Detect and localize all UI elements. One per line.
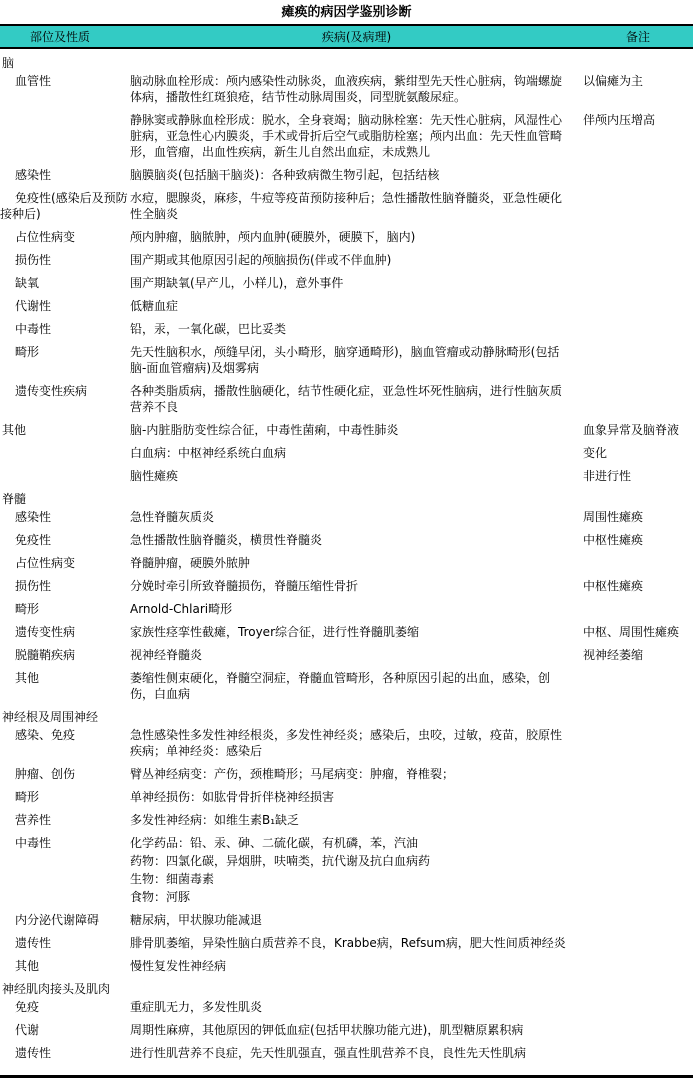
- row-disease: 先天性脑积水，颅缝早闭，头小畸形，脑穿通畸形)，脑血管瘤或动静脉畸形(包括脑-面…: [130, 344, 583, 376]
- row-disease: 颅内肿瘤，脑脓肿，颅内血肿(硬膜外，硬膜下，脑内): [130, 229, 583, 245]
- row-disease: 糖尿病，甲状腺功能减退: [130, 912, 583, 928]
- row-note: [583, 999, 693, 1015]
- row-label: 营养性: [0, 812, 130, 828]
- row-note: [583, 1022, 693, 1038]
- table-row: 其他慢性复发性神经病: [0, 958, 693, 974]
- row-disease: 化学药品：铅、汞、砷、二硫化碳，有机磷，苯，汽油: [130, 835, 583, 851]
- row-disease: 腓骨肌萎缩，异染性脑白质营养不良，Krabbe病，Refsum病，肥大性间质神经…: [130, 935, 583, 951]
- row-note: [583, 321, 693, 337]
- table-row: 畸形先天性脑积水，颅缝早闭，头小畸形，脑穿通畸形)，脑血管瘤或动静脉畸形(包括脑…: [0, 344, 693, 376]
- table-row: 生物：细菌毒素: [0, 871, 693, 887]
- table-row: 药物：四氯化碳，异烟肼，呋喃类，抗代谢及抗白血病药: [0, 853, 693, 869]
- table-row: 代谢性低糖血症: [0, 298, 693, 314]
- table-row: 免疫性急性播散性脑脊髓炎，横贯性脊髓炎中枢性瘫痪: [0, 532, 693, 548]
- row-note: [583, 727, 693, 759]
- row-disease: 单神经损伤：如肱骨骨折伴桡神经损害: [130, 789, 583, 805]
- page: 瘫痪的病因学鉴别诊断 部位及性质 疾病(及病理) 备注 脑血管性脑动脉血栓形成：…: [0, 0, 693, 1082]
- row-note: [583, 789, 693, 805]
- row-label: 肿瘤、创伤: [0, 766, 130, 782]
- row-disease: 视神经脊髓炎: [130, 647, 583, 663]
- row-note: [583, 812, 693, 828]
- table-row: 畸形单神经损伤：如肱骨骨折伴桡神经损害: [0, 789, 693, 805]
- row-label: 感染性: [0, 167, 130, 183]
- row-note: 视神经萎缩: [583, 647, 693, 663]
- row-note: 血象异常及脑脊液: [583, 422, 693, 438]
- row-label: 占位性病变: [0, 229, 130, 245]
- row-label: 畸形: [0, 789, 130, 805]
- row-label: 代谢性: [0, 298, 130, 314]
- row-disease: 分娩时牵引所致脊髓损伤，脊髓压缩性骨折: [130, 578, 583, 594]
- row-label: 缺氧: [0, 275, 130, 291]
- row-label: 免疫: [0, 999, 130, 1015]
- row-label: 遗传变性病: [0, 624, 130, 640]
- row-note: [583, 1045, 693, 1061]
- row-disease: 急性脊髓灰质炎: [130, 509, 583, 525]
- table-row: 食物：河豚: [0, 889, 693, 905]
- row-label: 内分泌代谢障碍: [0, 912, 130, 928]
- row-label: 中毒性: [0, 835, 130, 851]
- table-bottom-rule: [0, 1075, 693, 1078]
- row-disease: 慢性复发性神经病: [130, 958, 583, 974]
- table-row: 占位性病变颅内肿瘤，脑脓肿，颅内血肿(硬膜外，硬膜下，脑内): [0, 229, 693, 245]
- row-disease: Arnold-Chlari畸形: [130, 601, 583, 617]
- row-note: [583, 889, 693, 905]
- row-note: [583, 190, 693, 222]
- row-note: [583, 383, 693, 415]
- row-label: 损伤性: [0, 252, 130, 268]
- row-disease: 多发性神经病：如维生素B₁缺乏: [130, 812, 583, 828]
- row-disease: 周期性麻痹，其他原因的钾低血症(包括甲状腺功能亢进)，肌型糖原累积病: [130, 1022, 583, 1038]
- header-cell-disease: 疾病(及病理): [130, 28, 583, 45]
- row-disease: 围产期或其他原因引起的颅脑损伤(伴或不伴血肿): [130, 252, 583, 268]
- row-note: 中枢性瘫痪: [583, 578, 693, 594]
- row-label: 免疫性: [0, 532, 130, 548]
- table-row: 损伤性分娩时牵引所致脊髓损伤，脊髓压缩性骨折中枢性瘫痪: [0, 578, 693, 594]
- row-disease: 进行性肌营养不良症，先天性肌强直，强直性肌营养不良，良性先天性肌病: [130, 1045, 583, 1061]
- row-label: 其他: [0, 958, 130, 974]
- row-disease: 围产期缺氧(早产儿，小样儿)，意外事件: [130, 275, 583, 291]
- row-label: [0, 871, 130, 887]
- row-disease: 低糖血症: [130, 298, 583, 314]
- row-disease: 水痘，腮腺炎，麻疹，牛痘等疫苗预防接种后；急性播散性脑脊髓炎，亚急性硬化性全脑炎: [130, 190, 583, 222]
- row-label: 中毒性: [0, 321, 130, 337]
- row-disease: 食物：河豚: [130, 889, 583, 905]
- row-note: [583, 912, 693, 928]
- table-row: 脑性瘫痪非进行性: [0, 468, 693, 484]
- row-label: 损伤性: [0, 578, 130, 594]
- page-title: 瘫痪的病因学鉴别诊断: [0, 0, 693, 24]
- row-label: [0, 468, 130, 484]
- row-disease: 脑-内脏脂肪变性综合征，中毒性菌痢，中毒性肺炎: [130, 422, 583, 438]
- row-label: 其他: [0, 670, 130, 702]
- row-label: 畸形: [0, 344, 130, 376]
- row-disease: 萎缩性侧束硬化，脊髓空洞症，脊髓血管畸形，各种原因引起的出血，感染，创伤，白血病: [130, 670, 583, 702]
- row-label: 畸形: [0, 601, 130, 617]
- table-row: 免疫重症肌无力，多发性肌炎: [0, 999, 693, 1015]
- row-disease: 家族性痉挛性截瘫，Troyer综合征，进行性脊髓肌萎缩: [130, 624, 583, 640]
- row-note: [583, 229, 693, 245]
- row-disease: 急性感染性多发性神经根炎，多发性神经炎；感染后，虫咬，过敏，疫苗，胶原性疾病；单…: [130, 727, 583, 759]
- row-note: [583, 555, 693, 571]
- row-label: 其他: [0, 422, 130, 438]
- table-row: 肿瘤、创伤臂丛神经病变：产伤，颈椎畸形；马尾病变：肿瘤，脊椎裂；: [0, 766, 693, 782]
- row-disease: 静脉窦或静脉血栓形成：脱水，全身衰竭；脑动脉栓塞：先天性心脏病，风湿性心脏病，亚…: [130, 112, 583, 160]
- row-note: [583, 252, 693, 268]
- row-note: 中枢、周围性瘫痪: [583, 624, 693, 640]
- table-row: 中毒性化学药品：铅、汞、砷、二硫化碳，有机磷，苯，汽油: [0, 835, 693, 851]
- row-note: [583, 871, 693, 887]
- table-row: 血管性脑动脉血栓形成：颅内感染性动脉炎，血液疾病，紫绀型先天性心脏病，钩端螺旋体…: [0, 73, 693, 105]
- row-note: [583, 670, 693, 702]
- table-row: 中毒性铅，汞，一氧化碳，巴比妥类: [0, 321, 693, 337]
- table-row: 遗传性进行性肌营养不良症，先天性肌强直，强直性肌营养不良，良性先天性肌病: [0, 1045, 693, 1061]
- table-row: 代谢周期性麻痹，其他原因的钾低血症(包括甲状腺功能亢进)，肌型糖原累积病: [0, 1022, 693, 1038]
- row-disease: 重症肌无力，多发性肌炎: [130, 999, 583, 1015]
- row-note: 非进行性: [583, 468, 693, 484]
- row-disease: 脊髓肿瘤，硬膜外脓肿: [130, 555, 583, 571]
- table-header: 部位及性质 疾病(及病理) 备注: [0, 24, 693, 49]
- row-note: 变化: [583, 445, 693, 461]
- row-label: 遗传性: [0, 935, 130, 951]
- row-note: [583, 853, 693, 869]
- row-disease: 脑膜脑炎(包括脑干脑炎)：各种致病微生物引起，包括结核: [130, 167, 583, 183]
- row-label: 脱髓鞘疾病: [0, 647, 130, 663]
- row-label: 占位性病变: [0, 555, 130, 571]
- table-row: 损伤性围产期或其他原因引起的颅脑损伤(伴或不伴血肿): [0, 252, 693, 268]
- table-row: 感染性脑膜脑炎(包括脑干脑炎)：各种致病微生物引起，包括结核: [0, 167, 693, 183]
- row-disease: 急性播散性脑脊髓炎，横贯性脊髓炎: [130, 532, 583, 548]
- table-row: 免疫性(感染后及预防接种后)水痘，腮腺炎，麻疹，牛痘等疫苗预防接种后；急性播散性…: [0, 190, 693, 222]
- table-row: 其他脑-内脏脂肪变性综合征，中毒性菌痢，中毒性肺炎血象异常及脑脊液: [0, 422, 693, 438]
- row-disease: 各种类脂质病，播散性脑硬化，结节性硬化症，亚急性坏死性脑病，进行性脑灰质营养不良: [130, 383, 583, 415]
- row-note: [583, 601, 693, 617]
- row-label: [0, 889, 130, 905]
- table-row: 内分泌代谢障碍糖尿病，甲状腺功能减退: [0, 912, 693, 928]
- row-disease: 生物：细菌毒素: [130, 871, 583, 887]
- section-title: 脑: [0, 55, 693, 71]
- row-disease: 白血病：中枢神经系统白血病: [130, 445, 583, 461]
- row-label: 遗传变性疾病: [0, 383, 130, 415]
- table-row: 遗传变性疾病各种类脂质病，播散性脑硬化，结节性硬化症，亚急性坏死性脑病，进行性脑…: [0, 383, 693, 415]
- row-label: 感染性: [0, 509, 130, 525]
- table-row: 占位性病变脊髓肿瘤，硬膜外脓肿: [0, 555, 693, 571]
- row-label: [0, 112, 130, 160]
- section-title: 神经根及周围神经: [0, 709, 693, 725]
- table-row: 遗传性腓骨肌萎缩，异染性脑白质营养不良，Krabbe病，Refsum病，肥大性间…: [0, 935, 693, 951]
- row-label: 代谢: [0, 1022, 130, 1038]
- row-note: [583, 167, 693, 183]
- table-row: 营养性多发性神经病：如维生素B₁缺乏: [0, 812, 693, 828]
- table-body: 脑血管性脑动脉血栓形成：颅内感染性动脉炎，血液疾病，紫绀型先天性心脏病，钩端螺旋…: [0, 49, 693, 1061]
- table-row: 感染、免疫急性感染性多发性神经根炎，多发性神经炎；感染后，虫咬，过敏，疫苗，胶原…: [0, 727, 693, 759]
- row-disease: 脑性瘫痪: [130, 468, 583, 484]
- row-note: [583, 275, 693, 291]
- row-note: [583, 958, 693, 974]
- table-row: 畸形Arnold-Chlari畸形: [0, 601, 693, 617]
- table-row: 感染性急性脊髓灰质炎周围性瘫痪: [0, 509, 693, 525]
- row-disease: 铅，汞，一氧化碳，巴比妥类: [130, 321, 583, 337]
- table-row: 缺氧围产期缺氧(早产儿，小样儿)，意外事件: [0, 275, 693, 291]
- row-label: 感染、免疫: [0, 727, 130, 759]
- row-disease: 药物：四氯化碳，异烟肼，呋喃类，抗代谢及抗白血病药: [130, 853, 583, 869]
- row-note: 伴颅内压增高: [583, 112, 693, 160]
- row-label: [0, 445, 130, 461]
- row-label: 遗传性: [0, 1045, 130, 1061]
- row-note: 以偏瘫为主: [583, 73, 693, 105]
- row-note: 中枢性瘫痪: [583, 532, 693, 548]
- section-title: 神经肌肉接头及肌肉: [0, 981, 693, 997]
- section-title: 脊髓: [0, 491, 693, 507]
- table-row: 静脉窦或静脉血栓形成：脱水，全身衰竭；脑动脉栓塞：先天性心脏病，风湿性心脏病，亚…: [0, 112, 693, 160]
- table-row: 其他萎缩性侧束硬化，脊髓空洞症，脊髓血管畸形，各种原因引起的出血，感染，创伤，白…: [0, 670, 693, 702]
- row-note: [583, 298, 693, 314]
- row-note: [583, 835, 693, 851]
- row-note: [583, 766, 693, 782]
- table-row: 脱髓鞘疾病视神经脊髓炎视神经萎缩: [0, 647, 693, 663]
- row-note: [583, 344, 693, 376]
- header-cell-note: 备注: [583, 28, 693, 45]
- row-disease: 脑动脉血栓形成：颅内感染性动脉炎，血液疾病，紫绀型先天性心脏病，钩端螺旋体病，播…: [130, 73, 583, 105]
- header-cell-location: 部位及性质: [0, 28, 130, 45]
- row-note: 周围性瘫痪: [583, 509, 693, 525]
- table-row: 白血病：中枢神经系统白血病变化: [0, 445, 693, 461]
- row-label: [0, 853, 130, 869]
- table-row: 遗传变性病家族性痉挛性截瘫，Troyer综合征，进行性脊髓肌萎缩中枢、周围性瘫痪: [0, 624, 693, 640]
- row-label: 血管性: [0, 73, 130, 105]
- row-label: 免疫性(感染后及预防接种后): [0, 190, 130, 222]
- row-disease: 臂丛神经病变：产伤，颈椎畸形；马尾病变：肿瘤，脊椎裂；: [130, 766, 583, 782]
- row-note: [583, 935, 693, 951]
